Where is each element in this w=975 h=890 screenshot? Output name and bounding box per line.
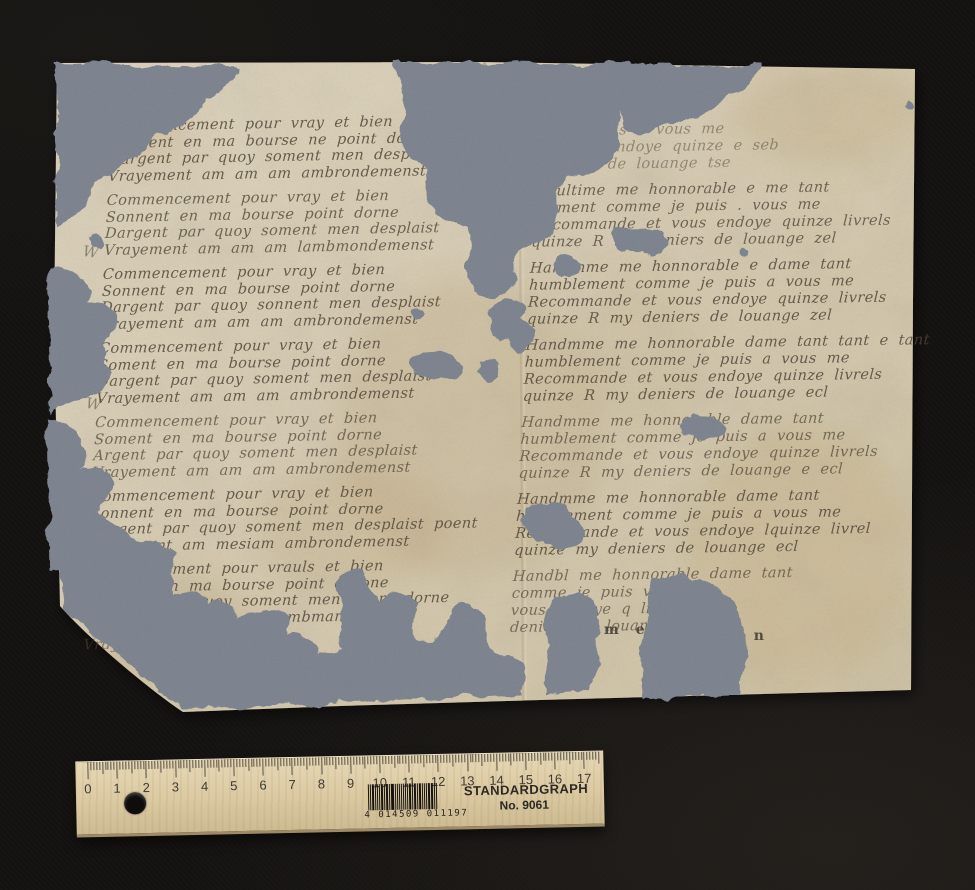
- ruler-model-label: No. 9061: [464, 797, 584, 814]
- ruler-tick: [382, 756, 383, 764]
- ruler-tick: [589, 752, 590, 760]
- ruler-tick: [248, 759, 249, 771]
- ruler-tick: [335, 757, 336, 769]
- paraph-flourish: W: [82, 319, 100, 339]
- ruler-tick: [379, 756, 380, 773]
- printed-fragment-right: e n: [728, 628, 770, 644]
- ruler-tick: [333, 757, 334, 765]
- ruler-tick: [408, 756, 409, 773]
- ruler-tick: [198, 760, 199, 768]
- stanza-block: Haultime me honnorable e me tantblement …: [531, 178, 935, 252]
- ruler-tick: [160, 761, 161, 773]
- ruler-tick: [227, 759, 228, 767]
- ruler-tick: [169, 761, 170, 769]
- ruler-tick: [359, 757, 360, 765]
- ruler-tick: [245, 759, 246, 767]
- ruler-tick: [242, 759, 243, 767]
- ruler-tick: [385, 756, 386, 764]
- ruler-tick: [543, 753, 544, 761]
- ruler-tick: [315, 757, 316, 765]
- ruler-tick: [557, 752, 558, 760]
- ruler-tick: [87, 762, 88, 779]
- ruler-tick: [93, 762, 94, 770]
- stanza-block: Commencement pour vray et bienSonnent en…: [88, 483, 451, 555]
- ruler-tick: [528, 753, 529, 761]
- ruler-cm-number: 9: [347, 776, 355, 791]
- ruler-tick: [563, 752, 564, 760]
- ruler-tick: [572, 752, 573, 760]
- ruler-tick: [116, 762, 117, 779]
- printed-fragment-left: m e n a: [604, 622, 704, 638]
- ruler-tick: [586, 752, 587, 760]
- ruler-tick: [373, 756, 374, 764]
- ruler-tick: [575, 752, 576, 760]
- stanza-block: me tantme je puis a vous meet vous endoy…: [535, 101, 939, 175]
- ruler-tick: [502, 754, 503, 762]
- ruler-tick: [327, 757, 328, 765]
- ruler-tick: [540, 753, 541, 765]
- stanza-block: Commencement pour vray et bienSoment en …: [96, 335, 459, 407]
- stanza-block: Commencement pour vray et bienSoment en …: [92, 409, 455, 481]
- ruler-tick: [519, 753, 520, 761]
- photo-stage: Commencement pour vray et bienSonnent en…: [0, 0, 975, 890]
- ruler-tick: [324, 757, 325, 765]
- ruler-cm-number: 8: [318, 776, 326, 791]
- ruler-tick: [499, 754, 500, 762]
- ruler-tick: [513, 753, 514, 761]
- stanza-block: Commencement pour vrauls et bienSonnent …: [84, 557, 447, 629]
- ruler-tick: [368, 756, 369, 764]
- ruler-cm-number: 1: [113, 781, 121, 796]
- ruler-tick: [277, 758, 278, 770]
- ruler-tick: [192, 760, 193, 768]
- ruler-tick: [470, 754, 471, 762]
- ruler-tick: [388, 756, 389, 764]
- ruler-scale: 01234567891011121314151617: [75, 751, 603, 762]
- ruler-tick: [362, 757, 363, 765]
- ruler-tick: [254, 759, 255, 767]
- ruler-tick: [370, 756, 371, 764]
- ruler-tick: [286, 758, 287, 766]
- ruler-cm-number: 2: [142, 780, 150, 795]
- left-text-column: Commencement pour vray et bienSonnent en…: [83, 113, 471, 654]
- ruler-tick: [230, 759, 231, 767]
- ruler-tick: [496, 754, 497, 771]
- ruler-tick: [195, 760, 196, 768]
- ruler-tick: [391, 756, 392, 764]
- ruler-tick: [216, 760, 217, 768]
- ruler-tick: [365, 756, 366, 768]
- ruler-tick: [90, 762, 91, 770]
- stanza-block: Commencement pour vray et bienSonnent en…: [104, 187, 467, 259]
- ruler-tick: [403, 756, 404, 764]
- ruler-tick: [108, 762, 109, 770]
- ruler-tick: [222, 759, 223, 767]
- stanza-block: Handmme me honnorable e dame tanthumblem…: [527, 255, 931, 329]
- ruler-hole: [124, 792, 146, 814]
- ruler-tick: [426, 755, 427, 763]
- ruler-tick: [175, 760, 176, 777]
- ruler-tick: [414, 755, 415, 763]
- stanza-block: Commencement pour vray et bienSonnent en…: [108, 113, 471, 185]
- ruler-tick: [178, 760, 179, 768]
- ruler-tick: [201, 760, 202, 768]
- ruler-tick: [297, 758, 298, 766]
- ruler-cm-number: 3: [172, 779, 180, 794]
- ruler-tick: [210, 760, 211, 768]
- ruler-tick: [584, 752, 585, 769]
- ruler-tick: [260, 759, 261, 767]
- ruler-tick: [280, 758, 281, 766]
- ruler-tick: [184, 760, 185, 768]
- ruler-cm-number: 5: [230, 778, 238, 793]
- ruler-tick: [452, 755, 453, 767]
- stanza-block: Handbl me honnorable dame tantcomme je p…: [509, 563, 913, 637]
- ruler-tick: [522, 753, 523, 761]
- ruler-tick: [344, 757, 345, 765]
- ruler-tick: [330, 757, 331, 765]
- ruler-tick: [423, 755, 424, 767]
- ruler-tick: [484, 754, 485, 762]
- ruler-tick: [429, 755, 430, 763]
- ruler-tick: [233, 759, 234, 776]
- ruler-tick: [166, 761, 167, 769]
- ruler-tick: [146, 761, 147, 778]
- ruler-tick: [478, 754, 479, 762]
- ruler-tick: [376, 756, 377, 764]
- ruler-tick: [128, 761, 129, 769]
- ruler-tick: [598, 752, 599, 764]
- ruler-tick: [309, 758, 310, 766]
- ruler-tick: [525, 753, 526, 770]
- ruler-tick: [289, 758, 290, 766]
- ruler-tick: [417, 755, 418, 763]
- ruler-tick: [119, 762, 120, 770]
- ruler-tick: [493, 754, 494, 762]
- ruler-tick: [204, 760, 205, 777]
- ruler-tick: [400, 756, 401, 764]
- paraph-flourish: W: [85, 394, 103, 414]
- ruler-tick: [455, 755, 456, 763]
- ruler-tick: [303, 758, 304, 766]
- ruler-tick: [411, 755, 412, 763]
- ruler-tick: [137, 761, 138, 769]
- ruler-tick: [432, 755, 433, 763]
- ruler-tick: [347, 757, 348, 765]
- ruler-tick: [420, 755, 421, 763]
- ruler-tick: [551, 753, 552, 761]
- ruler-tick: [592, 752, 593, 760]
- ruler-tick: [546, 753, 547, 761]
- ruler-tick: [473, 754, 474, 762]
- ruler-tick: [306, 758, 307, 770]
- ruler-tick: [300, 758, 301, 766]
- ruler-tick: [449, 755, 450, 763]
- ruler-cm-number: 4: [201, 779, 209, 794]
- stanza-block: Handmme me honnorable dame tant tant e t…: [522, 332, 926, 406]
- ruler-tick: [134, 761, 135, 769]
- ruler-tick: [295, 758, 296, 766]
- ruler-tick: [105, 762, 106, 770]
- ruler-tick: [151, 761, 152, 769]
- ruler-cm-number: 7: [288, 777, 296, 792]
- ruler-tick: [219, 760, 220, 772]
- ruler-tick: [549, 753, 550, 761]
- ruler-tick: [96, 762, 97, 770]
- ruler-tick: [122, 762, 123, 770]
- ruler-tick: [283, 758, 284, 766]
- ruler-tick: [534, 753, 535, 761]
- ruler-tick: [102, 762, 103, 774]
- ruler-tick: [236, 759, 237, 767]
- right-text-column: me tantme je puis a vous meet vous endoy…: [509, 101, 939, 646]
- ruler-tick: [394, 756, 395, 768]
- ruler-tick: [569, 752, 570, 764]
- ruler-cm-number: 0: [84, 781, 92, 796]
- ruler-tick: [595, 752, 596, 760]
- ruler-tick: [476, 754, 477, 762]
- ruler-tick: [213, 760, 214, 768]
- ruler-tick: [531, 753, 532, 761]
- ruler-tick: [262, 759, 263, 776]
- ruler-tick: [181, 760, 182, 768]
- ruler-tick: [578, 752, 579, 760]
- ruler-tick: [114, 762, 115, 770]
- ruler-tick: [187, 760, 188, 768]
- ruler-tick: [268, 758, 269, 766]
- ruler-tick: [397, 756, 398, 764]
- ruler-tick: [143, 761, 144, 769]
- ruler-tick: [224, 759, 225, 767]
- ruler-tick: [140, 761, 141, 769]
- ruler-tick: [257, 759, 258, 767]
- ruler-tick: [131, 761, 132, 773]
- ruler-tick: [239, 759, 240, 767]
- ruler-tick: [274, 758, 275, 766]
- ruler-tick: [207, 760, 208, 768]
- paraph-flourish: W: [82, 242, 100, 262]
- ruler-tick: [566, 752, 567, 760]
- ruler-brand-label: STANDARDGRAPH: [464, 781, 584, 799]
- ruler-tick: [292, 758, 293, 775]
- ruler-tick: [338, 757, 339, 765]
- ruler-tick: [350, 757, 351, 774]
- stanza-block: Handmme me honnorable dame tanthumblemen…: [514, 486, 918, 560]
- ruler-tick: [458, 754, 459, 762]
- ruler-tick: [99, 762, 100, 770]
- barcode-bar: [436, 783, 438, 809]
- ruler-tick: [487, 754, 488, 762]
- ruler-tick: [511, 753, 512, 765]
- ruler-tick: [516, 753, 517, 761]
- ruler-tick: [312, 758, 313, 766]
- ruler-tick: [438, 755, 439, 772]
- barcode-digits: 4 014509 011197: [364, 808, 464, 820]
- ruler-tick: [251, 759, 252, 767]
- ruler-tick: [149, 761, 150, 769]
- ruler-tick: [111, 762, 112, 770]
- ruler-tick: [440, 755, 441, 763]
- manuscript-line: Vrdyeme . . et: [83, 631, 444, 654]
- paraph-flourish: W: [83, 467, 101, 487]
- ruler-tick: [464, 754, 465, 762]
- ruler-tick: [157, 761, 158, 769]
- ruler-tick: [163, 761, 164, 769]
- stanza-block: Commencement pour vray et bienSonnent en…: [100, 261, 463, 333]
- ruler-cm-number: 6: [259, 778, 267, 793]
- barcode: [368, 782, 461, 810]
- ruler-tick: [356, 757, 357, 765]
- ruler-tick: [321, 757, 322, 774]
- stanza-block: Handmme me honnorable dame tanthumblemen…: [518, 409, 922, 483]
- ruler-tick: [581, 752, 582, 760]
- ruler-tick: [505, 754, 506, 762]
- ruler-tick: [435, 755, 436, 763]
- ruler-tick: [318, 757, 319, 765]
- ruler-tick: [560, 752, 561, 760]
- ruler-tick: [189, 760, 190, 772]
- ruler-tick: [461, 754, 462, 762]
- ruler-tick: [341, 757, 342, 765]
- ruler-tick: [446, 755, 447, 763]
- ruler-tick: [172, 760, 173, 768]
- ruler: 01234567891011121314151617 4 014509 0111…: [75, 750, 604, 837]
- ruler-tick: [265, 759, 266, 767]
- ruler-tick: [154, 761, 155, 769]
- ruler-tick: [508, 753, 509, 761]
- ruler-tick: [554, 752, 555, 769]
- ruler-tick: [406, 756, 407, 764]
- ruler-tick: [443, 755, 444, 763]
- ruler-tick: [490, 754, 491, 762]
- ruler-tick: [481, 754, 482, 766]
- ruler-tick: [537, 753, 538, 761]
- ruler-tick: [467, 754, 468, 771]
- ruler-tick: [271, 758, 272, 766]
- ruler-tick: [353, 757, 354, 765]
- ruler-tick: [125, 761, 126, 769]
